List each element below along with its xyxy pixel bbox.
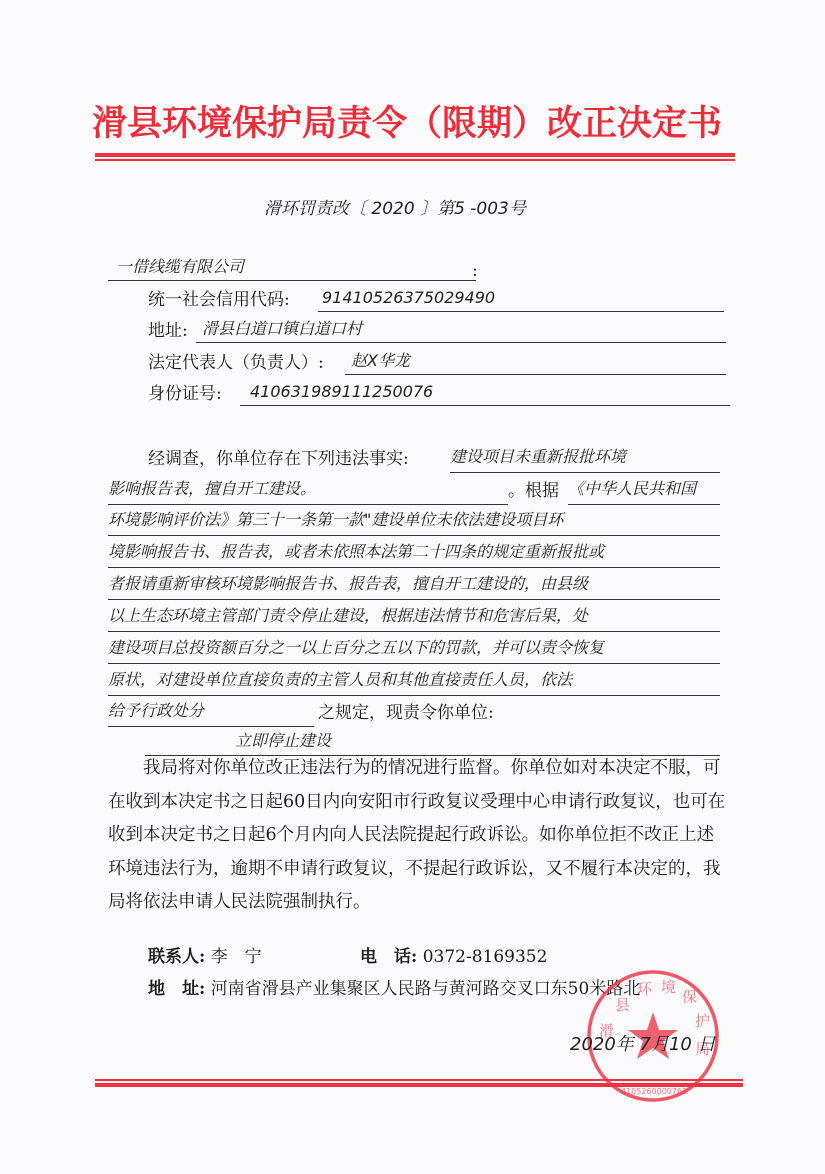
- basis-line: 者报请重新审核环境影响报告书、报告表，擅自开工建设的，由县级: [108, 571, 720, 600]
- contact-person: 联系人: 李 宁: [148, 942, 262, 967]
- violation-line-2: 影响报告表，擅自开工建设。: [108, 476, 508, 505]
- contact-address-value: 河南省滑县产业集聚区人民路与黄河路交叉口东50米路北: [211, 979, 641, 999]
- basis-line-1: 《中华人民共和国: [568, 476, 720, 505]
- notice-text: 我局将对你单位改正违法行为的情况进行监督。你单位如对本决定不服，可在收到本决定书…: [108, 752, 728, 920]
- notice-paragraph: 我局将对你单位改正违法行为的情况进行监督。你单位如对本决定不服，可在收到本决定书…: [108, 752, 728, 920]
- svg-text:保: 保: [682, 988, 697, 1006]
- footer-divider: [95, 1079, 743, 1087]
- violation-line-1: 建设项目未重新报批环境: [450, 444, 720, 473]
- basis-line: 环境影响评价法》第三十一条第一款"建设单位未依法建设项目环: [108, 507, 720, 536]
- company-colon: :: [472, 258, 478, 284]
- id-number-value: 410631989111250076: [240, 381, 730, 406]
- facts-intro-label: 经调查，你单位存在下列违法事实:: [148, 446, 409, 472]
- credit-code-label: 统一社会信用代码:: [148, 287, 290, 313]
- legal-rep-label: 法定代表人（负责人）:: [148, 350, 324, 376]
- contact-person-label: 联系人:: [148, 947, 205, 967]
- contact-person-value: 李 宁: [211, 947, 262, 967]
- document-title: 滑县环境保护局责令（限期）改正决定书: [92, 100, 742, 148]
- basis-line: 境影响报告书、报告表，或者未依照本法第二十四条的规定重新报批或: [108, 539, 720, 568]
- signature-date: 2020年 7月10 日: [570, 1030, 716, 1056]
- credit-code-value: 91410526375029490: [318, 287, 724, 312]
- contact-address: 地 址: 河南省滑县产业集聚区人民路与黄河路交叉口东50米路北: [148, 974, 640, 999]
- svg-text:环: 环: [637, 980, 653, 998]
- basis-line: 原状，对建设单位直接负责的主管人员和其他直接责任人员，依法: [108, 667, 720, 696]
- basis-line: 建设项目总投资额百分之一以上百分之五以下的罚款，并可以责令恢复: [108, 635, 720, 664]
- address-value: 滑县白道口镇白道口村: [196, 318, 726, 343]
- svg-text:4105260000761: 4105260000761: [621, 1087, 687, 1096]
- header-divider: [95, 153, 735, 161]
- contact-phone-label: 电 话:: [360, 947, 417, 967]
- svg-text:境: 境: [661, 978, 676, 996]
- document-page: 滑县环境保护局责令（限期）改正决定书 滑环罚责改〔 2020 〕第5 -003号…: [0, 0, 825, 1174]
- contact-phone-value: 0372-8169352: [423, 947, 548, 967]
- svg-text:护: 护: [695, 1012, 710, 1030]
- document-number: 滑环罚责改〔 2020 〕第5 -003号: [264, 194, 526, 219]
- id-number-label: 身份证号:: [148, 381, 222, 407]
- contact-phone: 电 话: 0372-8169352: [360, 942, 547, 967]
- legal-rep-value: 赵X华龙: [345, 350, 726, 375]
- company-name: 一借线缆有限公司: [108, 256, 476, 281]
- basis-last-line: 给予行政处分: [108, 698, 314, 727]
- basis-label: 。根据: [508, 478, 559, 504]
- address-label: 地址:: [148, 318, 188, 344]
- contact-address-label: 地 址:: [148, 979, 205, 999]
- order-label: 之规定，现责令你单位:: [318, 700, 494, 726]
- svg-text:县: 县: [615, 996, 630, 1014]
- basis-line: 以上生态环境主管部门责令停止建设，根据违法情节和危害后果，处: [108, 603, 720, 632]
